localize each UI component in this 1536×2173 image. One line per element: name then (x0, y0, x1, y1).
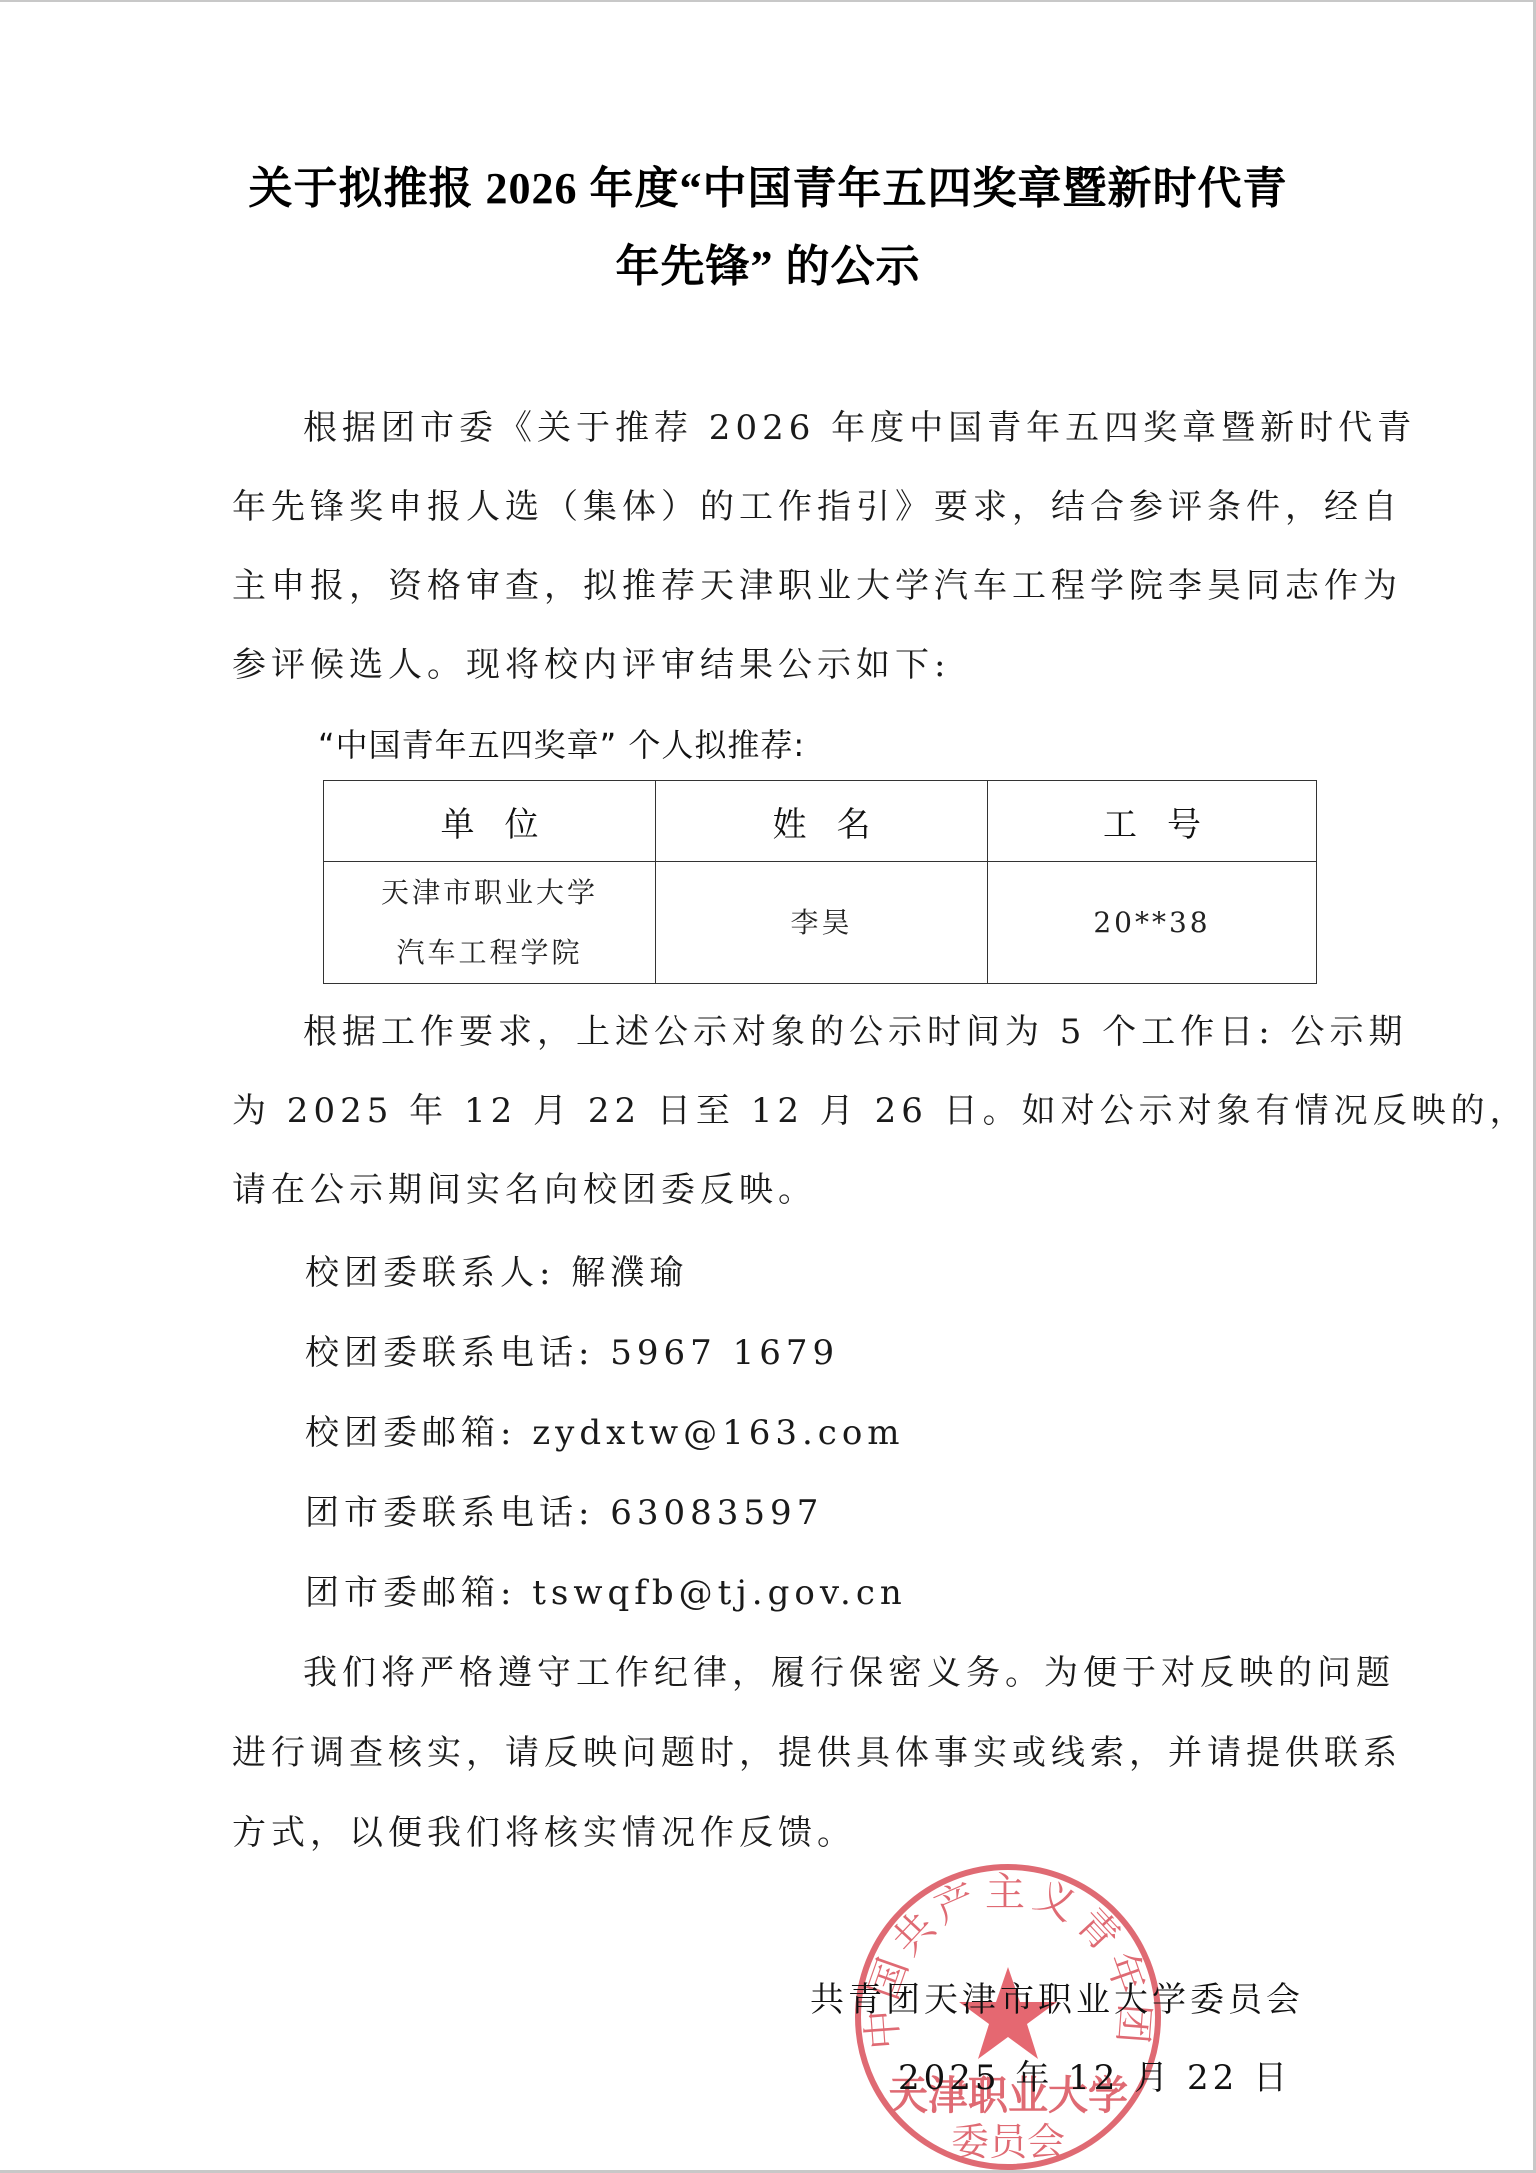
contact-line: 校团委邮箱: zydxtw@163.com (305, 1405, 905, 1454)
contact-label: 校团委联系电话: (305, 1333, 610, 1373)
period-line: 请在公示期间实名向校团委反映。 (232, 1162, 817, 1211)
column-header-name: 姓名 (656, 781, 988, 862)
closing-line: 我们将严格遵守工作纪律，履行保密义务。为便于对反映的问题 (303, 1645, 1395, 1694)
period-line: 根据工作要求，上述公示对象的公示时间为 5 个工作日: 公示期 (303, 1004, 1408, 1053)
contact-value: tswqfb@tj.gov.cn (532, 1573, 907, 1613)
signature-org: 共青团天津市职业大学委员会 (810, 1972, 1304, 2021)
table-heading: “中国青年五四奖章” 个人拟推荐: (318, 720, 805, 766)
contact-line: 校团委联系人: 解濮瑜 (305, 1245, 688, 1294)
intro-line: 根据团市委《关于推荐 2026 年度中国青年五四奖章暨新时代青 (303, 400, 1416, 449)
contact-value: 5967 1679 (610, 1333, 839, 1373)
closing-line: 方式，以便我们将核实情况作反馈。 (232, 1805, 856, 1854)
intro-line: 年先锋奖申报人选（集体）的工作指引》要求，结合参评条件，经自 (232, 479, 1402, 528)
unit-line-1: 天津市职业大学 (324, 863, 655, 923)
seal-bottom-text: 委员会 (951, 2120, 1065, 2164)
unit-line-2: 汽车工程学院 (324, 923, 655, 983)
contact-label: 团市委联系电话: (305, 1493, 610, 1533)
table-row: 天津市职业大学 汽车工程学院 李昊 20**38 (324, 862, 1317, 984)
cell-name: 李昊 (656, 862, 988, 984)
document-page: 关于拟推报 2026 年度“中国青年五四奖章暨新时代青 年先锋” 的公示 根据团… (0, 2, 1533, 2170)
page-title-line-2: 年先锋” 的公示 (200, 230, 1336, 294)
contact-label: 校团委联系人: (305, 1253, 571, 1293)
contact-line: 团市委邮箱: tswqfb@tj.gov.cn (305, 1565, 907, 1614)
contact-line: 团市委联系电话: 63083597 (305, 1485, 823, 1534)
signature-date: 2025 年 12 月 22 日 (898, 2050, 1291, 2099)
cell-unit: 天津市职业大学 汽车工程学院 (324, 862, 656, 984)
period-line: 为 2025 年 12 月 22 日至 12 月 26 日。如对公示对象有情况反… (232, 1083, 1529, 1132)
contact-line: 校团委联系电话: 5967 1679 (305, 1325, 839, 1374)
nominee-table: 单位 姓名 工号 天津市职业大学 汽车工程学院 李昊 20**38 (323, 780, 1317, 984)
page-title-line-1: 关于拟推报 2026 年度“中国青年五四奖章暨新时代青 (200, 152, 1336, 216)
contact-label: 校团委邮箱: (305, 1413, 532, 1453)
table-header-row: 单位 姓名 工号 (324, 781, 1317, 862)
contact-label: 团市委邮箱: (305, 1573, 532, 1613)
closing-line: 进行调查核实，请反映问题时，提供具体事实或线索，并请提供联系 (232, 1725, 1402, 1774)
column-header-unit: 单位 (324, 781, 656, 862)
column-header-id: 工号 (988, 781, 1317, 862)
contact-value: 解濮瑜 (571, 1253, 688, 1293)
intro-line: 主申报，资格审查，拟推荐天津职业大学汽车工程学院李昊同志作为 (232, 558, 1402, 607)
contact-value: zydxtw@163.com (532, 1413, 904, 1453)
intro-line: 参评候选人。现将校内评审结果公示如下: (232, 637, 950, 686)
contact-value: 63083597 (610, 1493, 823, 1533)
cell-id: 20**38 (988, 862, 1317, 984)
